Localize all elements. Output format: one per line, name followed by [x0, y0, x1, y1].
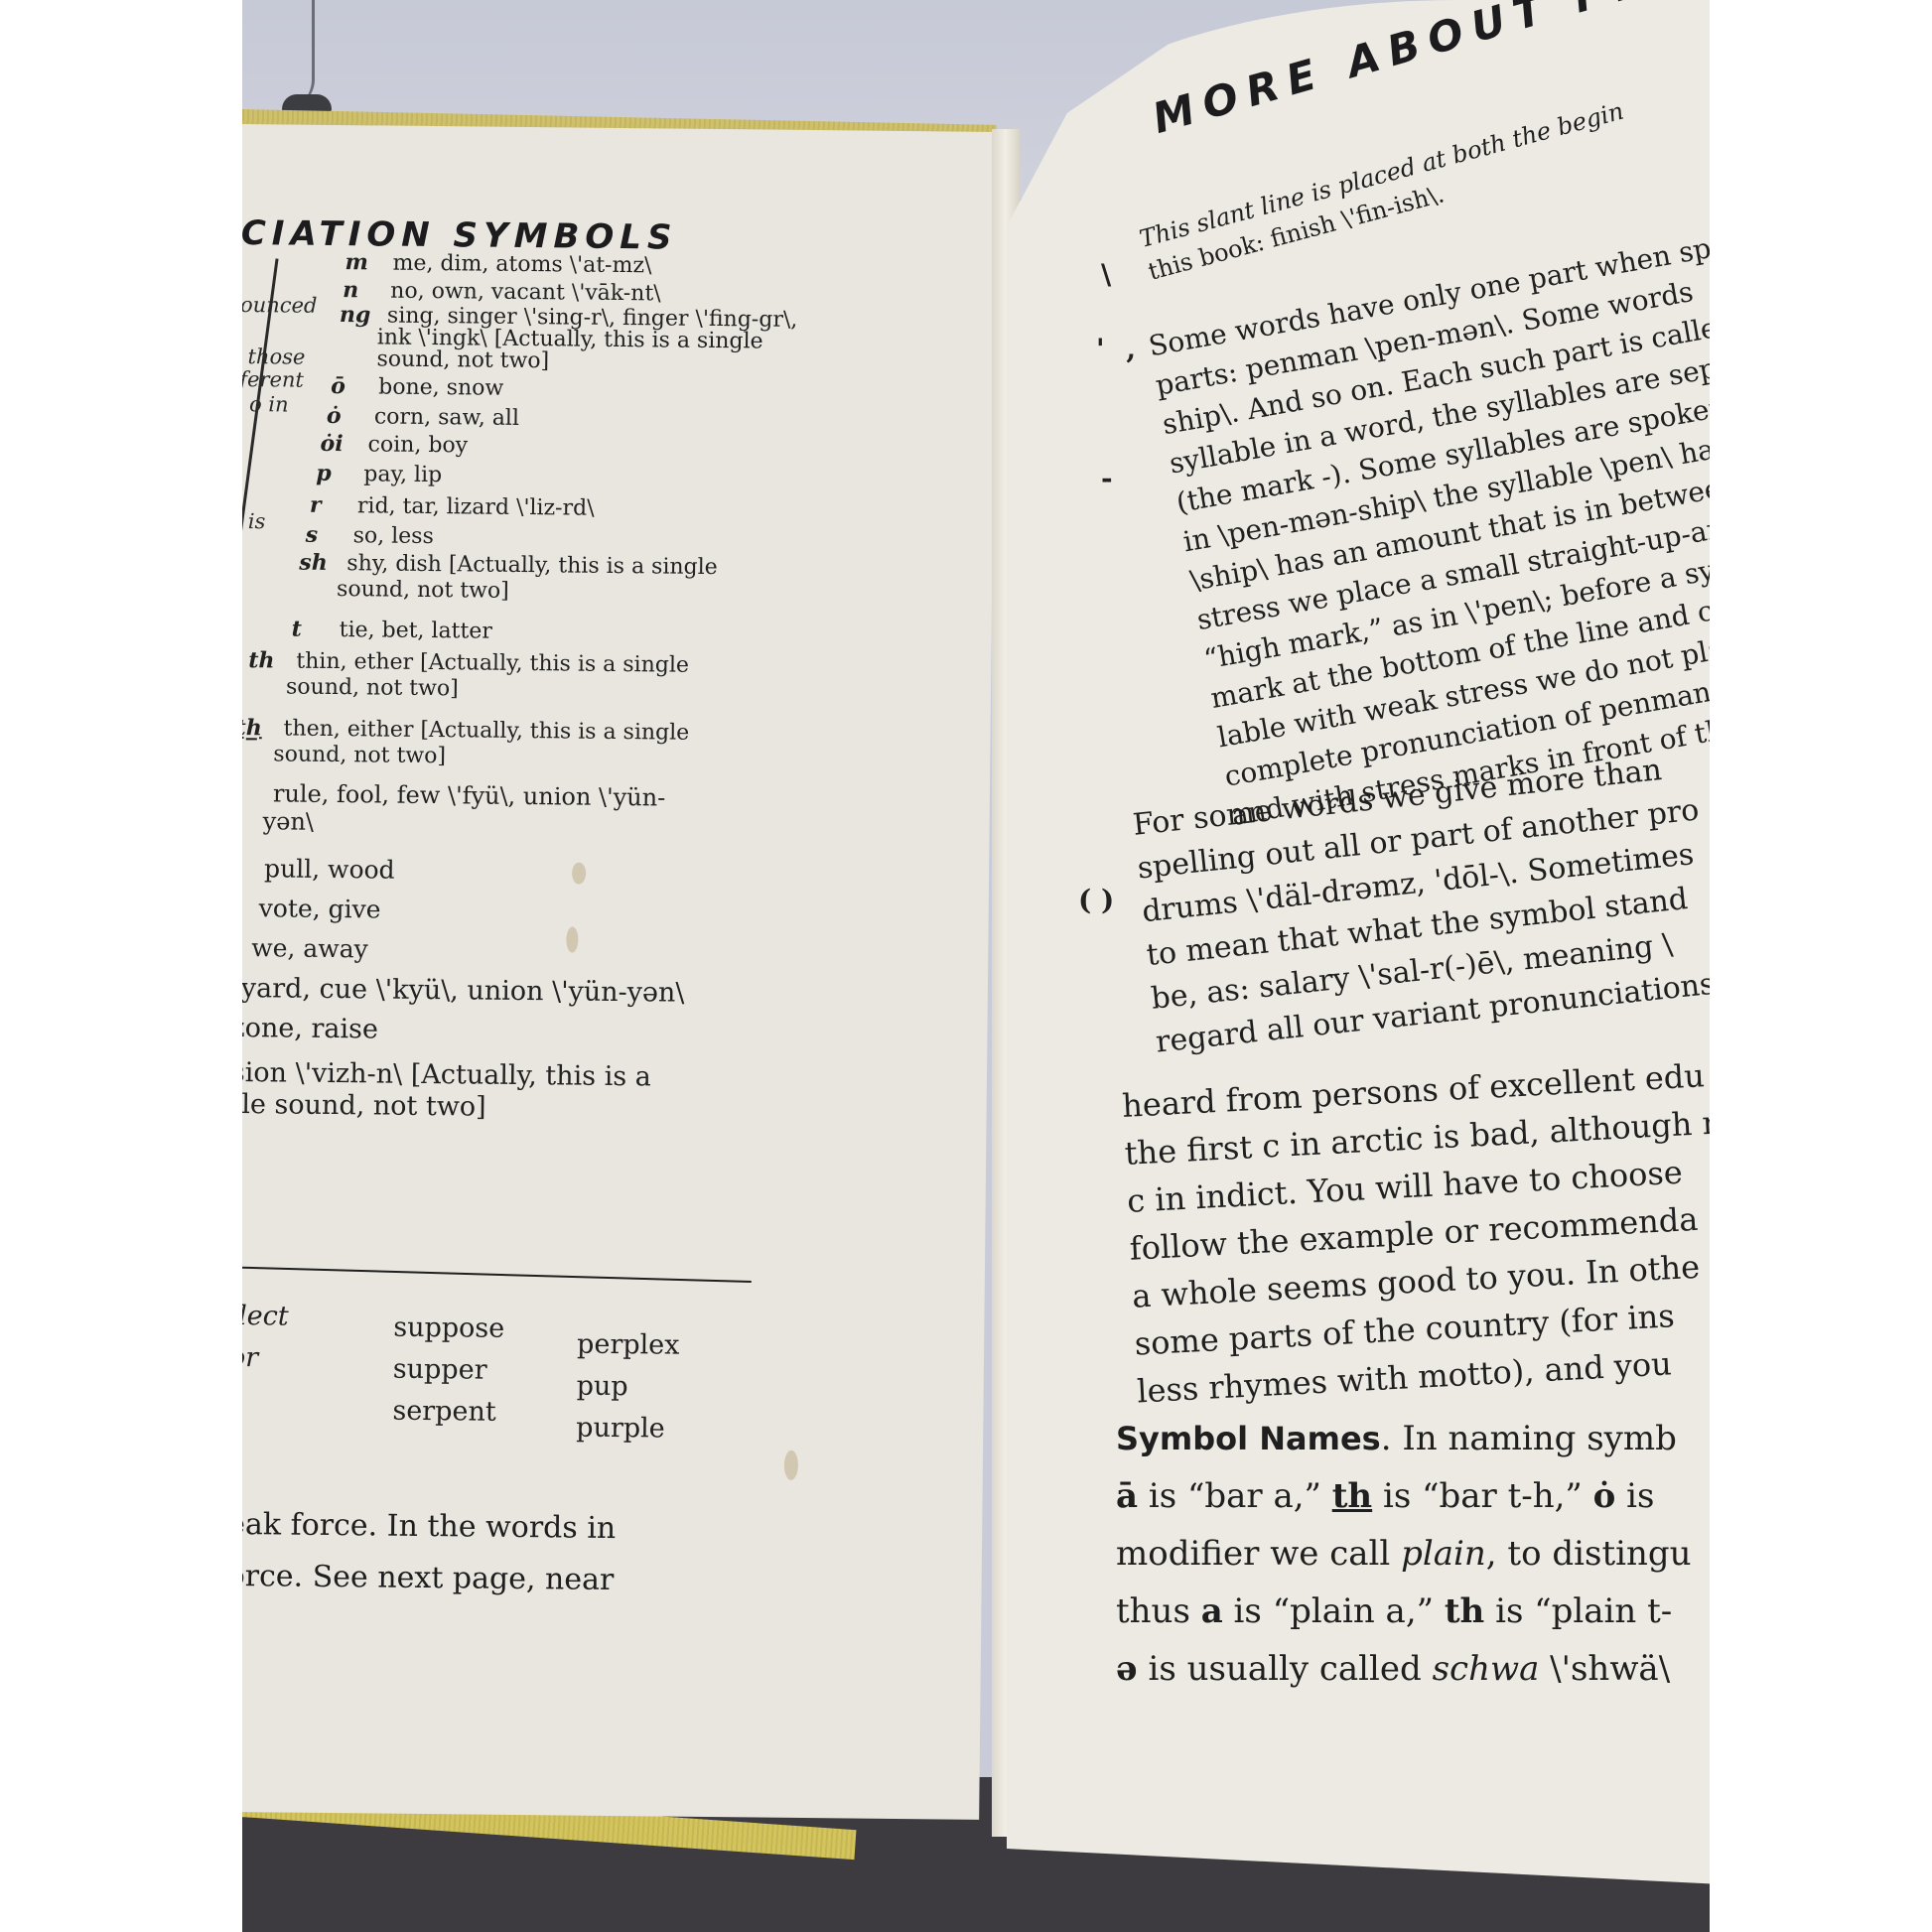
symbol-row: ȯicoin, boy — [320, 431, 468, 459]
side-note: ferent — [242, 367, 304, 392]
symbol-row: mme, dim, atoms \'at-mz\ — [345, 249, 651, 278]
symbol-row: vote, give — [259, 894, 381, 923]
symbol-row: ttie, bet, latter — [292, 617, 492, 644]
symbol-row: ththin, ether [Actually, this is a singl… — [248, 647, 689, 705]
symbol-row: ppay, lip — [316, 461, 442, 487]
symbol-row: vision \'vizh-n\ [Actually, this is angl… — [242, 1057, 651, 1126]
page-stain — [572, 863, 586, 885]
symbol-row: yard, cue \'kyü\, union \'yün-yən\ — [242, 973, 685, 1009]
stress-marks: ' , — [1096, 333, 1142, 365]
symbol-row: shshy, dish [Actually, this is a singles… — [299, 550, 718, 607]
symbol-row: we, away — [251, 933, 368, 963]
page-stain — [784, 1450, 798, 1480]
word-column: suppose supper serpent — [392, 1308, 504, 1434]
paragraph-syllables: Some words have only one part when sp pa… — [1146, 225, 1710, 836]
symbol-row: ȯcorn, saw, all — [327, 403, 519, 431]
divider-rule — [242, 1266, 752, 1283]
page-stain — [566, 926, 578, 952]
symbol-row: th̲then, either [Actually, this is a sin… — [242, 715, 689, 772]
word-column: llect or l — [242, 1296, 289, 1422]
symbol-row: ōbone, snow — [331, 373, 503, 401]
symbol-row: zone, raise — [242, 1013, 378, 1045]
right-page: MORE ABOUT PRO \ ' , - ( ) This slant li… — [1007, 0, 1710, 1886]
symbol-row: ngsing, singer \'sing-r\, finger \'fing-… — [339, 304, 797, 375]
symbol-names-section: Symbol Names. In naming symb ā is “bar a… — [1116, 1410, 1692, 1698]
symbol-row: ürule, fool, few \'fyü\, union \'yün-yən… — [242, 779, 665, 840]
left-page-footer-text: eak force. In the words in orce. See nex… — [242, 1499, 616, 1606]
symbol-row: rrid, tar, lizard \'liz-rd\ — [310, 492, 595, 521]
side-note: those — [247, 345, 305, 369]
lamp-arm — [252, 0, 315, 109]
book-photo: CIATION SYMBOLS ounced those ferent o in… — [242, 0, 1710, 1932]
side-note: is — [248, 509, 266, 533]
paragraph-variants: For some words we give more than spellin… — [1131, 746, 1710, 1065]
symbol-names-heading: Symbol Names — [1116, 1420, 1381, 1457]
slant-line-mark: \ — [1101, 258, 1111, 291]
symbol-row: pull, wood — [264, 854, 395, 884]
symbol-row: sso, less — [306, 522, 434, 549]
side-note: ounced — [242, 293, 318, 318]
parentheses-mark: ( ) — [1078, 884, 1114, 916]
word-column: perplex pup purple — [576, 1324, 680, 1450]
symbol-row: nno, own, vacant \'vāk-nt\ — [343, 277, 661, 306]
left-page: CIATION SYMBOLS ounced those ferent o in… — [242, 124, 997, 1820]
paragraph-choice: heard from persons of excellent edu the … — [1121, 1051, 1710, 1416]
hyphen-mark: - — [1101, 462, 1113, 494]
